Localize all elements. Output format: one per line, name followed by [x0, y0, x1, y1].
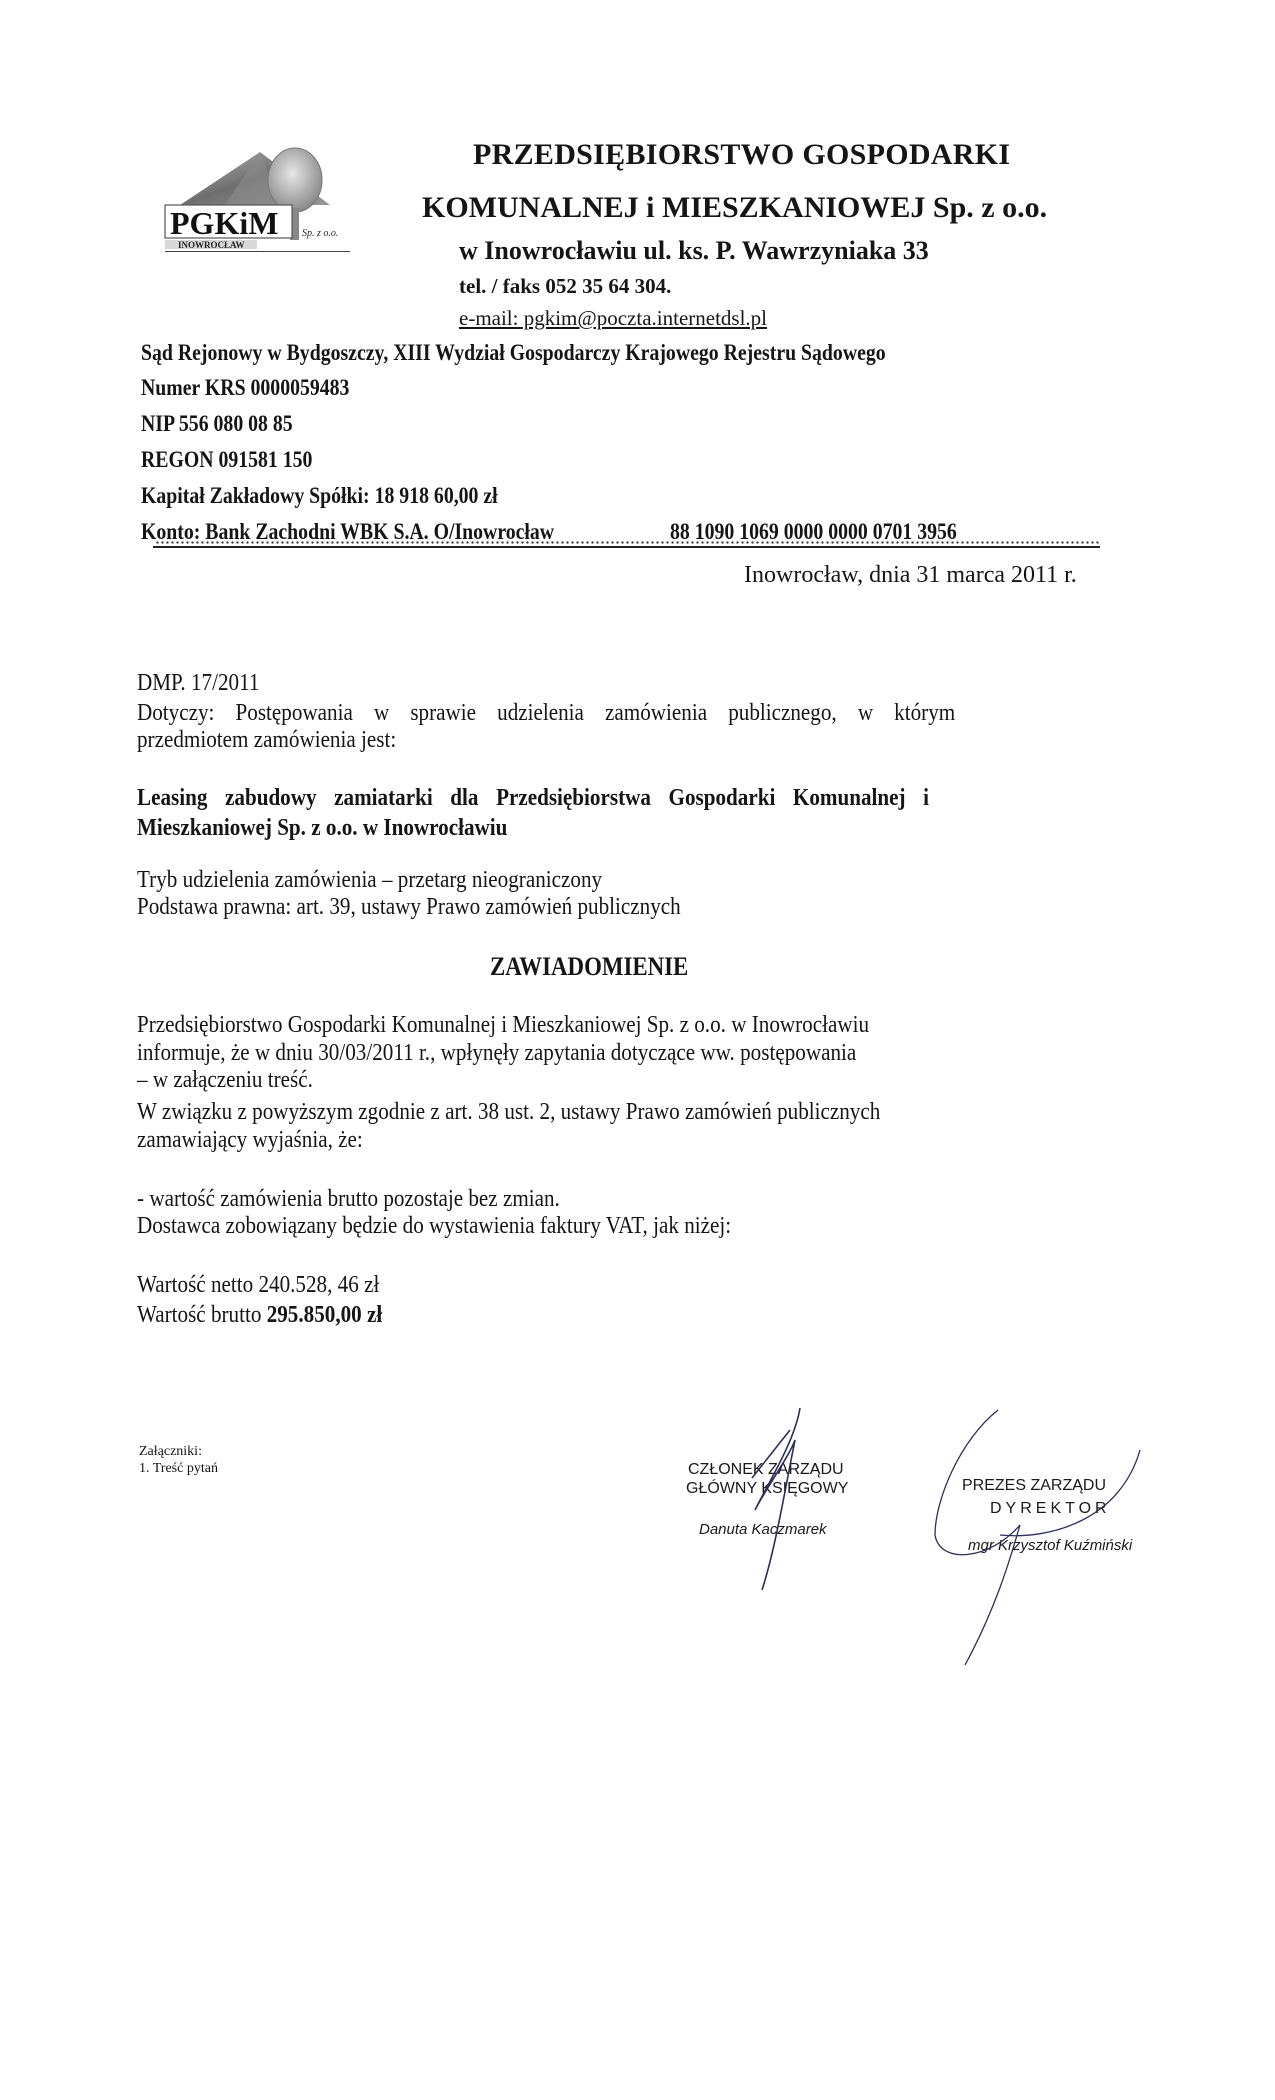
net-value-label: Wartość netto	[137, 1272, 253, 1298]
gross-value-label: Wartość brutto	[137, 1302, 261, 1328]
reference-number: DMP. 17/2011	[137, 670, 259, 697]
gross-value: 295.850,00 zł	[267, 1302, 383, 1328]
svg-text:PGKiM: PGKiM	[170, 205, 278, 241]
company-name-line-1: PRZEDSIĘBIORSTWO GOSPODARKI	[473, 138, 1010, 172]
notice-paragraph-line: – w załączeniu treść.	[137, 1067, 313, 1094]
court-registry: Sąd Rejonowy w Bydgoszczy, XIII Wydział …	[141, 340, 886, 366]
notice-paragraph-line: Przedsiębiorstwo Gospodarki Komunalnej i…	[137, 1012, 869, 1039]
notice-paragraph-line: W związku z powyższym zgodnie z art. 38 …	[137, 1099, 880, 1126]
signature-1-name: Danuta Kaczmarek	[699, 1521, 827, 1538]
subject-line-2: przedmiotem zamówienia jest:	[137, 727, 396, 754]
dotted-divider	[155, 541, 1100, 544]
logo-mountain-tree-icon: PGKiM Sp. z o.o. INOWROCŁAW	[150, 130, 350, 255]
logo-underline	[165, 251, 350, 252]
procurement-title-line-1: Leasing zabudowy zamiatarki dla Przedsię…	[137, 785, 1123, 812]
statement-line: - wartość zamówienia brutto pozostaje be…	[137, 1186, 560, 1213]
net-value-row: Wartość netto 240.528, 46 zł	[137, 1272, 379, 1299]
signature-2-role-line-2: DYREKTOR	[990, 1500, 1111, 1518]
solid-divider	[153, 546, 1100, 548]
net-value: 240.528, 46 zł	[258, 1272, 379, 1298]
notice-paragraph-line: informuje, że w dniu 30/03/2011 r., wpły…	[137, 1040, 856, 1067]
regon-number: REGON 091581 150	[141, 447, 312, 473]
signature-2-role-line-1: PREZES ZARZĄDU	[962, 1477, 1106, 1495]
attachment-item: 1. Treść pytań	[139, 1461, 218, 1477]
company-name-line-2: KOMUNALNEJ i MIESZKANIOWEJ Sp. z o.o.	[422, 191, 1047, 225]
svg-text:Sp. z o.o.: Sp. z o.o.	[302, 228, 338, 239]
date-line: Inowrocław, dnia 31 marca 2011 r.	[744, 562, 1077, 589]
signature-2-name: mgr Krzysztof Kuźmiński	[968, 1537, 1132, 1554]
share-capital: Kapitał Zakładowy Spółki: 18 918 60,00 z…	[141, 483, 498, 509]
company-email[interactable]: e-mail: pgkim@poczta.internetdsl.pl	[459, 306, 767, 331]
krs-number: Numer KRS 0000059483	[141, 375, 349, 401]
gross-value-row: Wartość brutto 295.850,00 zł	[137, 1302, 382, 1329]
statement-line: Dostawca zobowiązany będzie do wystawien…	[137, 1213, 731, 1240]
company-logo: PGKiM Sp. z o.o. INOWROCŁAW	[150, 130, 350, 255]
attachments-label: Załączniki:	[139, 1444, 202, 1460]
procurement-mode: Tryb udzielenia zamówienia – przetarg ni…	[137, 867, 602, 894]
nip-number: NIP 556 080 08 85	[141, 411, 293, 437]
signature-1-role-line-2: GŁÓWNY KSIĘGOWY	[686, 1480, 848, 1498]
company-address: w Inowrocławiu ul. ks. P. Wawrzyniaka 33	[459, 236, 929, 266]
notice-title: ZAWIADOMIENIE	[490, 952, 688, 982]
notice-paragraph-line: zamawiający wyjaśnia, że:	[137, 1127, 363, 1154]
legal-basis: Podstawa prawna: art. 39, ustawy Prawo z…	[137, 894, 681, 921]
subject-line-1: Dotyczy: Postępowania w sprawie udzielen…	[137, 700, 1123, 727]
svg-text:INOWROCŁAW: INOWROCŁAW	[178, 240, 245, 250]
company-phone: tel. / faks 052 35 64 304.	[459, 274, 671, 299]
procurement-title-line-2: Mieszkaniowej Sp. z o.o. w Inowrocławiu	[137, 815, 507, 842]
signature-1-role-line-1: CZŁONEK ZARZĄDU	[688, 1461, 844, 1479]
